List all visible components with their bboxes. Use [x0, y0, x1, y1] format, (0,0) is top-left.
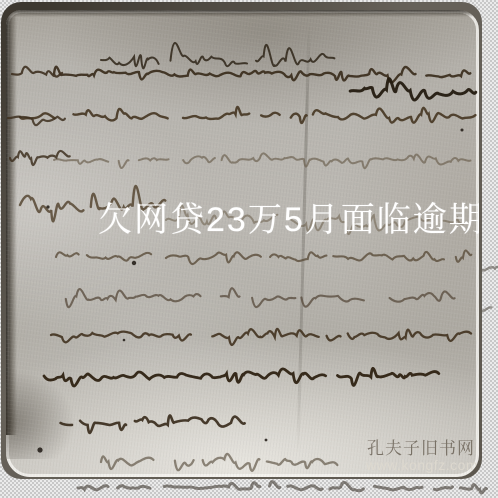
photo-bleed-bottom	[0, 477, 498, 498]
watermark-site-name: 孔夫子旧书网	[367, 434, 475, 459]
manuscript-photo-card: 欠网贷23万5月面临逾期 孔夫子旧书网 www.kongfz.com	[6, 10, 479, 477]
handwriting-texture	[6, 10, 479, 477]
watermark-site-url: www.kongfz.com	[366, 457, 478, 473]
manuscript-photo-thumbnail: 欠网贷23万5月面临逾期 孔夫子旧书网 www.kongfz.com	[0, 0, 498, 498]
overlay-title: 欠网贷23万5月面临逾期	[98, 192, 479, 241]
